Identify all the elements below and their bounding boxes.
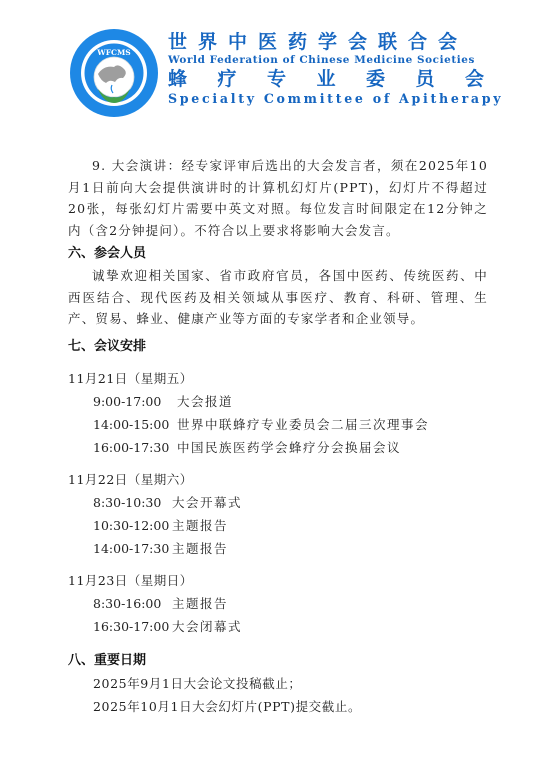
schedule-event: 主题报告 bbox=[172, 537, 228, 560]
schedule-row: 9:00-17:00 大会报道 bbox=[68, 390, 488, 413]
schedule-event: 大会开幕式 bbox=[172, 491, 242, 514]
schedule-day-date: 11月23日（星期日） bbox=[68, 570, 488, 592]
document-body: 9. 大会演讲：经专家评审后选出的大会发言者，须在2025年10月1日前向大会提… bbox=[68, 155, 488, 718]
schedule-time: 16:00-17:30 bbox=[93, 436, 177, 459]
section-6-heading: 六、参会人员 bbox=[68, 243, 488, 265]
schedule-row: 16:00-17:30 中国民族医药学会蜂疗分会换届会议 bbox=[68, 436, 488, 459]
schedule-event: 大会闭幕式 bbox=[172, 615, 242, 638]
schedule-row: 16:30-17:00 大会闭幕式 bbox=[68, 615, 488, 638]
schedule-row: 14:00-17:30 主题报告 bbox=[68, 537, 488, 560]
schedule-row: 10:30-12:00 主题报告 bbox=[68, 514, 488, 537]
schedule-row: 14:00-15:00 世界中联蜂疗专业委员会二届三次理事会 bbox=[68, 413, 488, 436]
schedule-row: 8:30-16:00 主题报告 bbox=[68, 592, 488, 615]
letterhead: WFCMS 世界中医药学会联合会 World Federation of Chi… bbox=[68, 27, 478, 119]
schedule-time: 16:30-17:00 bbox=[93, 615, 172, 638]
schedule-day: 11月22日（星期六） 8:30-10:30 大会开幕式 10:30-12:00… bbox=[68, 469, 488, 560]
schedule-time: 10:30-12:00 bbox=[93, 514, 172, 537]
wfcms-logo-icon: WFCMS bbox=[68, 27, 160, 119]
schedule-time: 8:30-10:30 bbox=[93, 491, 172, 514]
schedule-event: 主题报告 bbox=[172, 514, 228, 537]
schedule-time: 9:00-17:00 bbox=[93, 390, 177, 413]
svg-text:WFCMS: WFCMS bbox=[96, 48, 130, 57]
committee-name-cn: 蜂疗专业委员会 bbox=[168, 67, 478, 91]
schedule-day: 11月21日（星期五） 9:00-17:00 大会报道 14:00-15:00 … bbox=[68, 368, 488, 459]
section-7-heading: 七、会议安排 bbox=[68, 336, 488, 358]
schedule-time: 14:00-17:30 bbox=[93, 537, 172, 560]
schedule-event: 中国民族医药学会蜂疗分会换届会议 bbox=[177, 436, 401, 459]
schedule-event: 世界中联蜂疗专业委员会二届三次理事会 bbox=[177, 413, 429, 436]
schedule-day: 11月23日（星期日） 8:30-16:00 主题报告 16:30-17:00 … bbox=[68, 570, 488, 638]
important-date-item: 2025年9月1日大会论文投稿截止； bbox=[68, 672, 488, 695]
important-date-item: 2025年10月1日大会幻灯片(PPT)提交截止。 bbox=[68, 695, 488, 718]
section-8-heading: 八、重要日期 bbox=[68, 650, 488, 672]
section-6-body: 诚挚欢迎相关国家、省市政府官员，各国中医药、传统医药、中西医结合、现代医药及相关… bbox=[68, 265, 488, 330]
letterhead-titles: 世界中医药学会联合会 World Federation of Chinese M… bbox=[168, 31, 478, 107]
schedule-time: 8:30-16:00 bbox=[93, 592, 172, 615]
schedule-event: 大会报道 bbox=[177, 390, 233, 413]
schedule-day-date: 11月22日（星期六） bbox=[68, 469, 488, 491]
schedule-row: 8:30-10:30 大会开幕式 bbox=[68, 491, 488, 514]
item-9-paragraph: 9. 大会演讲：经专家评审后选出的大会发言者，须在2025年10月1日前向大会提… bbox=[68, 155, 488, 241]
committee-name-en: Specialty Committee of Apitherapy bbox=[168, 91, 478, 107]
schedule-day-date: 11月21日（星期五） bbox=[68, 368, 488, 390]
org-name-en: World Federation of Chinese Medicine Soc… bbox=[168, 53, 478, 67]
schedule-event: 主题报告 bbox=[172, 592, 228, 615]
org-name-cn: 世界中医药学会联合会 bbox=[168, 31, 478, 53]
schedule-time: 14:00-15:00 bbox=[93, 413, 177, 436]
